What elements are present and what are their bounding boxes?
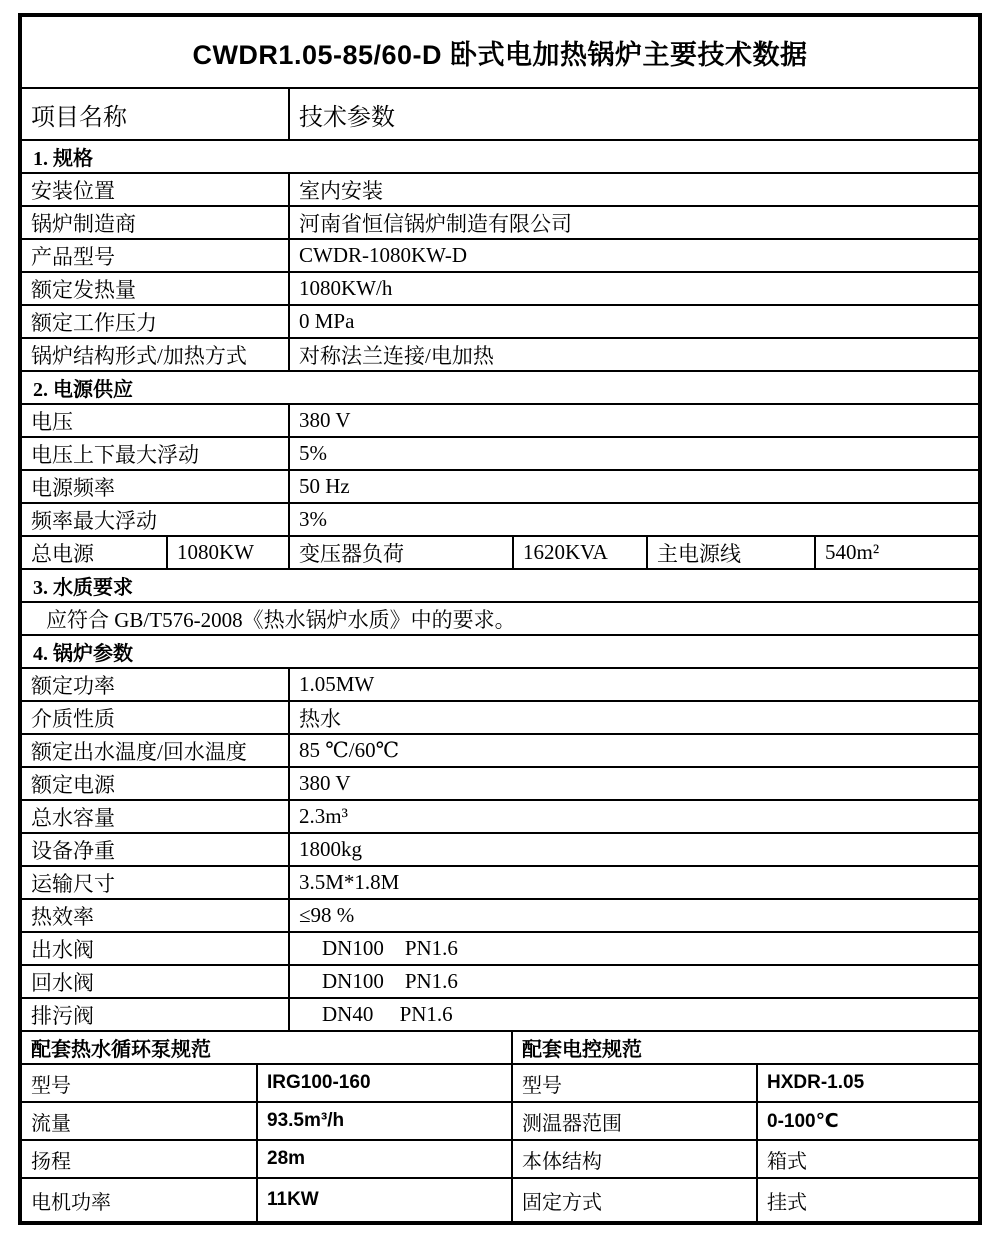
- section-heading-label: 4. 锅炉参数: [22, 636, 978, 667]
- power-summary-row: 总电源 1080KW 变压器负荷 1620KVA 主电源线 540m²: [22, 535, 978, 568]
- pump-value: 93.5m³/h: [256, 1103, 511, 1139]
- row-value: 室内安装: [288, 174, 978, 205]
- row-value: 380 V: [288, 405, 978, 436]
- accessory-row: 流量 93.5m³/h 测温器范围 0-100℃: [22, 1101, 978, 1139]
- section-heading-power: 2. 电源供应: [22, 370, 978, 403]
- boiler-spec-table: CWDR1.05-85/60-D 卧式电加热锅炉主要技术数据 项目名称 技术参数…: [18, 13, 982, 1225]
- table-row: 电压上下最大浮动 5%: [22, 436, 978, 469]
- row-label: 电压: [22, 405, 288, 436]
- water-note-row: 应符合 GB/T576-2008《热水锅炉水质》中的要求。: [22, 601, 978, 634]
- table-row: 额定工作压力 0 MPa: [22, 304, 978, 337]
- row-label: 额定功率: [22, 669, 288, 700]
- control-value: 挂式: [756, 1179, 978, 1221]
- row-value: 1080KW: [166, 537, 288, 568]
- section-heading-boiler: 4. 锅炉参数: [22, 634, 978, 667]
- pump-label: 型号: [22, 1065, 256, 1101]
- item-name-header: 项目名称: [22, 89, 288, 139]
- row-label: 额定出水温度/回水温度: [22, 735, 288, 766]
- row-label: 安装位置: [22, 174, 288, 205]
- row-label: 设备净重: [22, 834, 288, 865]
- row-label: 频率最大浮动: [22, 504, 288, 535]
- column-header-row: 项目名称 技术参数: [22, 87, 978, 139]
- row-value: DN100 PN1.6: [288, 966, 978, 997]
- row-label: 主电源线: [646, 537, 814, 568]
- row-label: 总水容量: [22, 801, 288, 832]
- row-label: 锅炉结构形式/加热方式: [22, 339, 288, 370]
- row-label: 总电源: [22, 537, 166, 568]
- row-label: 运输尺寸: [22, 867, 288, 898]
- row-label: 额定电源: [22, 768, 288, 799]
- row-label: 电源频率: [22, 471, 288, 502]
- table-row: 额定出水温度/回水温度 85 ℃/60℃: [22, 733, 978, 766]
- table-row: 介质性质 热水: [22, 700, 978, 733]
- control-label: 测温器范围: [511, 1103, 756, 1139]
- section-heading-label: 1. 规格: [22, 141, 978, 172]
- pump-label: 流量: [22, 1103, 256, 1139]
- row-label: 热效率: [22, 900, 288, 931]
- row-value: 1620KVA: [512, 537, 646, 568]
- row-value: 5%: [288, 438, 978, 469]
- section-heading-label: 2. 电源供应: [22, 372, 978, 403]
- row-value: 3%: [288, 504, 978, 535]
- row-value: 热水: [288, 702, 978, 733]
- row-label: 锅炉制造商: [22, 207, 288, 238]
- control-label: 本体结构: [511, 1141, 756, 1177]
- row-value: ≤98 %: [288, 900, 978, 931]
- pump-value: 11KW: [256, 1179, 511, 1221]
- table-row: 产品型号 CWDR-1080KW-D: [22, 238, 978, 271]
- accessory-row: 扬程 28m 本体结构 箱式: [22, 1139, 978, 1177]
- row-value: 380 V: [288, 768, 978, 799]
- table-row: 频率最大浮动 3%: [22, 502, 978, 535]
- control-spec-heading: 配套电控规范: [511, 1032, 978, 1063]
- page: CWDR1.05-85/60-D 卧式电加热锅炉主要技术数据 项目名称 技术参数…: [0, 0, 1000, 1233]
- tech-param-header: 技术参数: [288, 89, 978, 139]
- row-value: 3.5M*1.8M: [288, 867, 978, 898]
- table-row: 锅炉结构形式/加热方式 对称法兰连接/电加热: [22, 337, 978, 370]
- table-row: 额定功率 1.05MW: [22, 667, 978, 700]
- table-row: 电源频率 50 Hz: [22, 469, 978, 502]
- control-value: 0-100℃: [756, 1103, 978, 1139]
- row-label: 电压上下最大浮动: [22, 438, 288, 469]
- row-label: 排污阀: [22, 999, 288, 1030]
- water-note-text: 应符合 GB/T576-2008《热水锅炉水质》中的要求。: [22, 603, 978, 634]
- row-value: 85 ℃/60℃: [288, 735, 978, 766]
- row-value: DN40 PN1.6: [288, 999, 978, 1030]
- row-label: 额定工作压力: [22, 306, 288, 337]
- row-value: 对称法兰连接/电加热: [288, 339, 978, 370]
- table-row: 排污阀 DN40 PN1.6: [22, 997, 978, 1030]
- control-value: HXDR-1.05: [756, 1065, 978, 1101]
- accessory-row: 电机功率 11KW 固定方式 挂式: [22, 1177, 978, 1221]
- row-value: 0 MPa: [288, 306, 978, 337]
- control-label: 型号: [511, 1065, 756, 1101]
- pump-spec-heading: 配套热水循环泵规范: [22, 1032, 511, 1063]
- table-row: 回水阀 DN100 PN1.6: [22, 964, 978, 997]
- title-row: CWDR1.05-85/60-D 卧式电加热锅炉主要技术数据: [22, 17, 978, 87]
- table-row: 额定发热量 1080KW/h: [22, 271, 978, 304]
- row-value: 1800kg: [288, 834, 978, 865]
- table-row: 额定电源 380 V: [22, 766, 978, 799]
- control-label: 固定方式: [511, 1179, 756, 1221]
- table-row: 热效率 ≤98 %: [22, 898, 978, 931]
- pump-value: IRG100-160: [256, 1065, 511, 1101]
- pump-label: 扬程: [22, 1141, 256, 1177]
- table-row: 出水阀 DN100 PN1.6: [22, 931, 978, 964]
- section-heading-spec: 1. 规格: [22, 139, 978, 172]
- row-value: 1.05MW: [288, 669, 978, 700]
- row-value: 1080KW/h: [288, 273, 978, 304]
- table-row: 锅炉制造商 河南省恒信锅炉制造有限公司: [22, 205, 978, 238]
- row-value: 50 Hz: [288, 471, 978, 502]
- table-row: 安装位置 室内安装: [22, 172, 978, 205]
- row-label: 出水阀: [22, 933, 288, 964]
- row-label: 产品型号: [22, 240, 288, 271]
- row-value: 540m²: [814, 537, 978, 568]
- pump-label: 电机功率: [22, 1179, 256, 1221]
- control-value: 箱式: [756, 1141, 978, 1177]
- row-label: 变压器负荷: [288, 537, 512, 568]
- row-value: 河南省恒信锅炉制造有限公司: [288, 207, 978, 238]
- row-value: DN100 PN1.6: [288, 933, 978, 964]
- row-value: 2.3m³: [288, 801, 978, 832]
- row-value: CWDR-1080KW-D: [288, 240, 978, 271]
- section-heading-label: 3. 水质要求: [22, 570, 978, 601]
- row-label: 介质性质: [22, 702, 288, 733]
- row-label: 回水阀: [22, 966, 288, 997]
- table-row: 设备净重 1800kg: [22, 832, 978, 865]
- accessory-row: 型号 IRG100-160 型号 HXDR-1.05: [22, 1063, 978, 1101]
- accessories-header-row: 配套热水循环泵规范 配套电控规范: [22, 1030, 978, 1063]
- row-label: 额定发热量: [22, 273, 288, 304]
- pump-value: 28m: [256, 1141, 511, 1177]
- section-heading-water: 3. 水质要求: [22, 568, 978, 601]
- page-title: CWDR1.05-85/60-D 卧式电加热锅炉主要技术数据: [22, 17, 978, 87]
- table-row: 总水容量 2.3m³: [22, 799, 978, 832]
- table-row: 电压 380 V: [22, 403, 978, 436]
- table-row: 运输尺寸 3.5M*1.8M: [22, 865, 978, 898]
